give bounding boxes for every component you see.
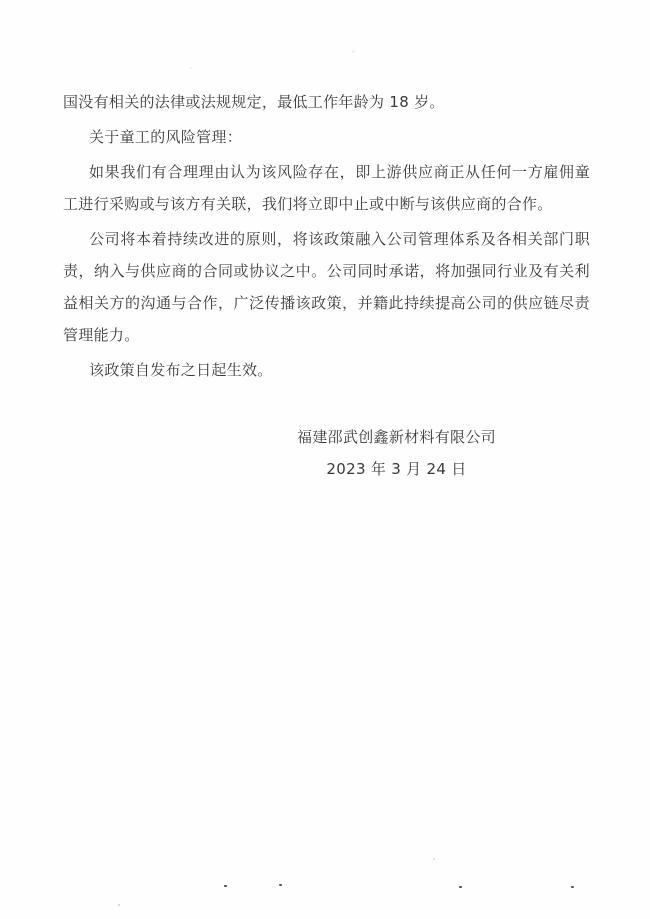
scan-speck: [118, 904, 120, 906]
paragraph-effective-date: 该政策自发布之日起生效。: [63, 354, 590, 386]
signature-company-name: 福建邵武创鑫新材料有限公司: [203, 421, 590, 453]
scan-speck: [190, 67, 192, 69]
paragraph-continuous-improvement: 公司将本着持续改进的原则，将该政策融入公司管理体系及各相关部门职责，纳入与供应商…: [63, 223, 590, 351]
signature-block: 福建邵武创鑫新材料有限公司 2023 年 3 月 24 日: [63, 421, 590, 485]
document-body: 国没有相关的法律或法规规定，最低工作年龄为 18 岁。 关于童工的风险管理： 如…: [63, 86, 590, 485]
scan-speck: [352, 50, 355, 53]
scan-speck: [571, 886, 574, 888]
scan-speck: [459, 886, 462, 888]
scanned-document-page: 国没有相关的法律或法规规定，最低工作年龄为 18 岁。 关于童工的风险管理： 如…: [0, 0, 650, 919]
signature-date: 2023 年 3 月 24 日: [203, 453, 590, 485]
paragraph-risk-response: 如果我们有合理理由认为该风险存在，即上游供应商正从任何一方雇佣童工进行采购或与该…: [63, 156, 590, 220]
scan-speck: [433, 858, 435, 860]
paragraph-section-heading: 关于童工的风险管理：: [63, 121, 590, 153]
scan-speck: [279, 884, 282, 886]
paragraph-continuation-line: 国没有相关的法律或法规规定，最低工作年龄为 18 岁。: [63, 86, 590, 118]
scan-speck: [224, 885, 227, 887]
